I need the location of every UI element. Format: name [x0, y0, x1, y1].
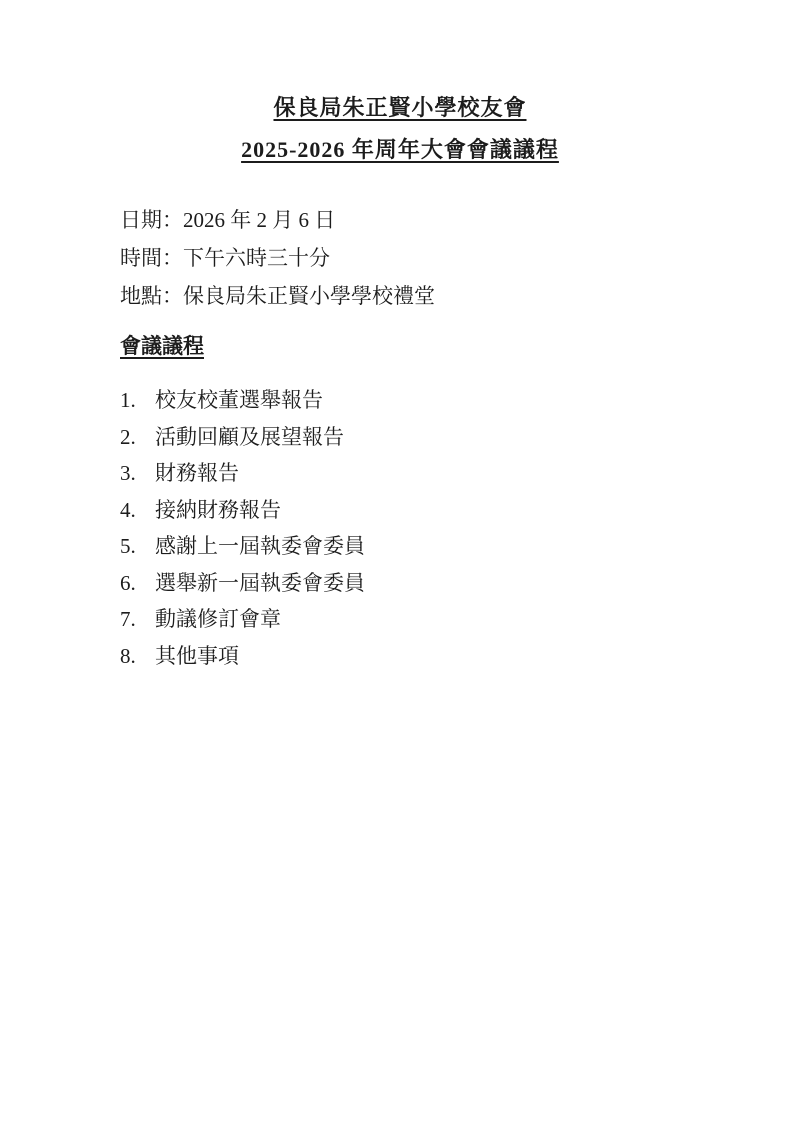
agenda-item-text: 活動回顧及展望報告: [155, 419, 680, 456]
agenda-item-number: 8.: [120, 638, 155, 675]
document-content: 保良局朱正賢小學校友會 2025-2026 年周年大會會議議程 日期：2026 …: [0, 0, 800, 674]
document-page: 保良局朱正賢小學校友會 2025-2026 年周年大會會議議程 日期：2026 …: [0, 0, 800, 1131]
meeting-venue-line: 地點：保良局朱正賢小學學校禮堂: [120, 277, 680, 315]
agenda-list: 1. 校友校董選舉報告 2. 活動回顧及展望報告 3. 財務報告 4. 接納財務…: [120, 382, 680, 674]
agenda-item: 3. 財務報告: [120, 455, 680, 492]
agenda-item-text: 選舉新一屆執委會委員: [155, 565, 680, 602]
agenda-item-number: 6.: [120, 565, 155, 602]
agenda-item-text: 感謝上一屆執委會委員: [155, 528, 680, 565]
agenda-item-text: 財務報告: [155, 455, 680, 492]
meeting-date-line: 日期：2026 年 2 月 6 日: [120, 201, 680, 239]
meeting-time-line: 時間：下午六時三十分: [120, 239, 680, 277]
agenda-section: 會議議程 1. 校友校董選舉報告 2. 活動回顧及展望報告 3. 財務報告 4.…: [120, 315, 680, 674]
document-title-line-2: 2025-2026 年周年大會會議議程: [120, 135, 680, 165]
agenda-item: 2. 活動回顧及展望報告: [120, 419, 680, 456]
agenda-item-text: 其他事項: [155, 638, 680, 675]
document-title-line-1: 保良局朱正賢小學校友會: [120, 93, 680, 123]
agenda-item-text: 接納財務報告: [155, 492, 680, 529]
agenda-item-number: 7.: [120, 601, 155, 638]
agenda-item-number: 3.: [120, 455, 155, 492]
agenda-item-number: 2.: [120, 419, 155, 456]
agenda-item: 7. 動議修訂會章: [120, 601, 680, 638]
agenda-item: 1. 校友校董選舉報告: [120, 382, 680, 419]
agenda-item-number: 4.: [120, 492, 155, 529]
agenda-heading: 會議議程: [120, 333, 204, 359]
meeting-info-block: 日期：2026 年 2 月 6 日 時間：下午六時三十分 地點：保良局朱正賢小學…: [120, 201, 680, 315]
agenda-item-number: 1.: [120, 382, 155, 419]
agenda-item: 8. 其他事項: [120, 638, 680, 675]
agenda-item: 4. 接納財務報告: [120, 492, 680, 529]
agenda-item-number: 5.: [120, 528, 155, 565]
agenda-item-text: 校友校董選舉報告: [155, 382, 680, 419]
agenda-item: 6. 選舉新一屆執委會委員: [120, 565, 680, 602]
agenda-item-text: 動議修訂會章: [155, 601, 680, 638]
agenda-item: 5. 感謝上一屆執委會委員: [120, 528, 680, 565]
